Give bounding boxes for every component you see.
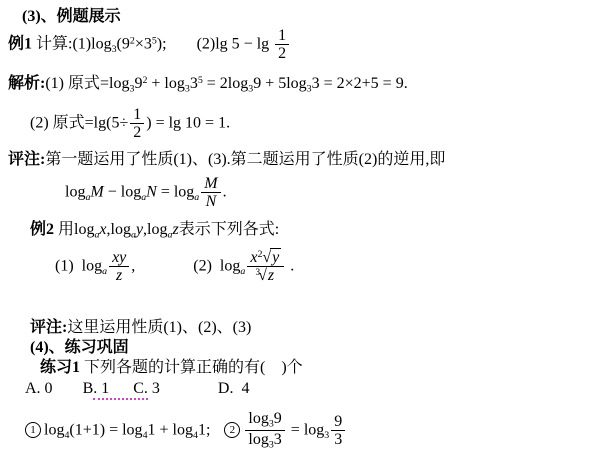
fraction: log39log33 (245, 410, 284, 451)
example1-solution-1: 解析:(1) 原式=log392 + log335 = 2log39 + 5lo… (8, 74, 408, 96)
document-page: (3)、例题展示 例1 计算:(1)log3(92×35);(2)lg 5 − … (0, 0, 590, 473)
spellcheck-underline: . 1 C. (93, 380, 148, 400)
example2-items: (1) logaxyz,(2) logax2√y3√z . (55, 249, 294, 285)
fraction: MN (201, 175, 220, 211)
fraction: xyz (109, 249, 129, 285)
circled-number: 2 (224, 422, 240, 438)
example1-solution-2: (2) 原式=lg(5÷12) = lg 10 = 1. (30, 106, 230, 142)
remark-1-text: 评注:第一题运用了性质(1)、(3).第二题运用了性质(2)的逆用,即 (8, 150, 445, 170)
fraction: 93 (331, 413, 345, 449)
fraction: x2√y3√z (247, 249, 284, 285)
section-heading-practice: (4)、练习巩固 (30, 338, 129, 358)
circled-number: 1 (25, 422, 41, 438)
practice1-problem: 练习1 下列各题的计算正确的有( )个 (40, 358, 303, 378)
section-heading-examples: (3)、例题展示 (22, 7, 121, 27)
fraction: 12 (275, 27, 289, 63)
remark-2-text: 评注:这里运用性质(1)、(2)、(3) (30, 318, 251, 338)
fraction: 12 (130, 106, 144, 142)
example1-problem: 例1 计算:(1)log3(92×35);(2)lg 5 − lg 12 (8, 27, 291, 63)
example2-problem: 例2 用logax,logay,logaz表示下列各式: (30, 220, 279, 242)
practice1-items: 1log4(1+1) = log41 + log41; 2log39log33 … (25, 410, 347, 451)
radical: 3√z (255, 267, 276, 284)
practice1-choices: A. 0B. 1 C. 3D. 4 (25, 379, 249, 399)
radical: √y (262, 248, 281, 266)
remark-1-formula: logaM − logaN = logaMN. (65, 175, 227, 211)
